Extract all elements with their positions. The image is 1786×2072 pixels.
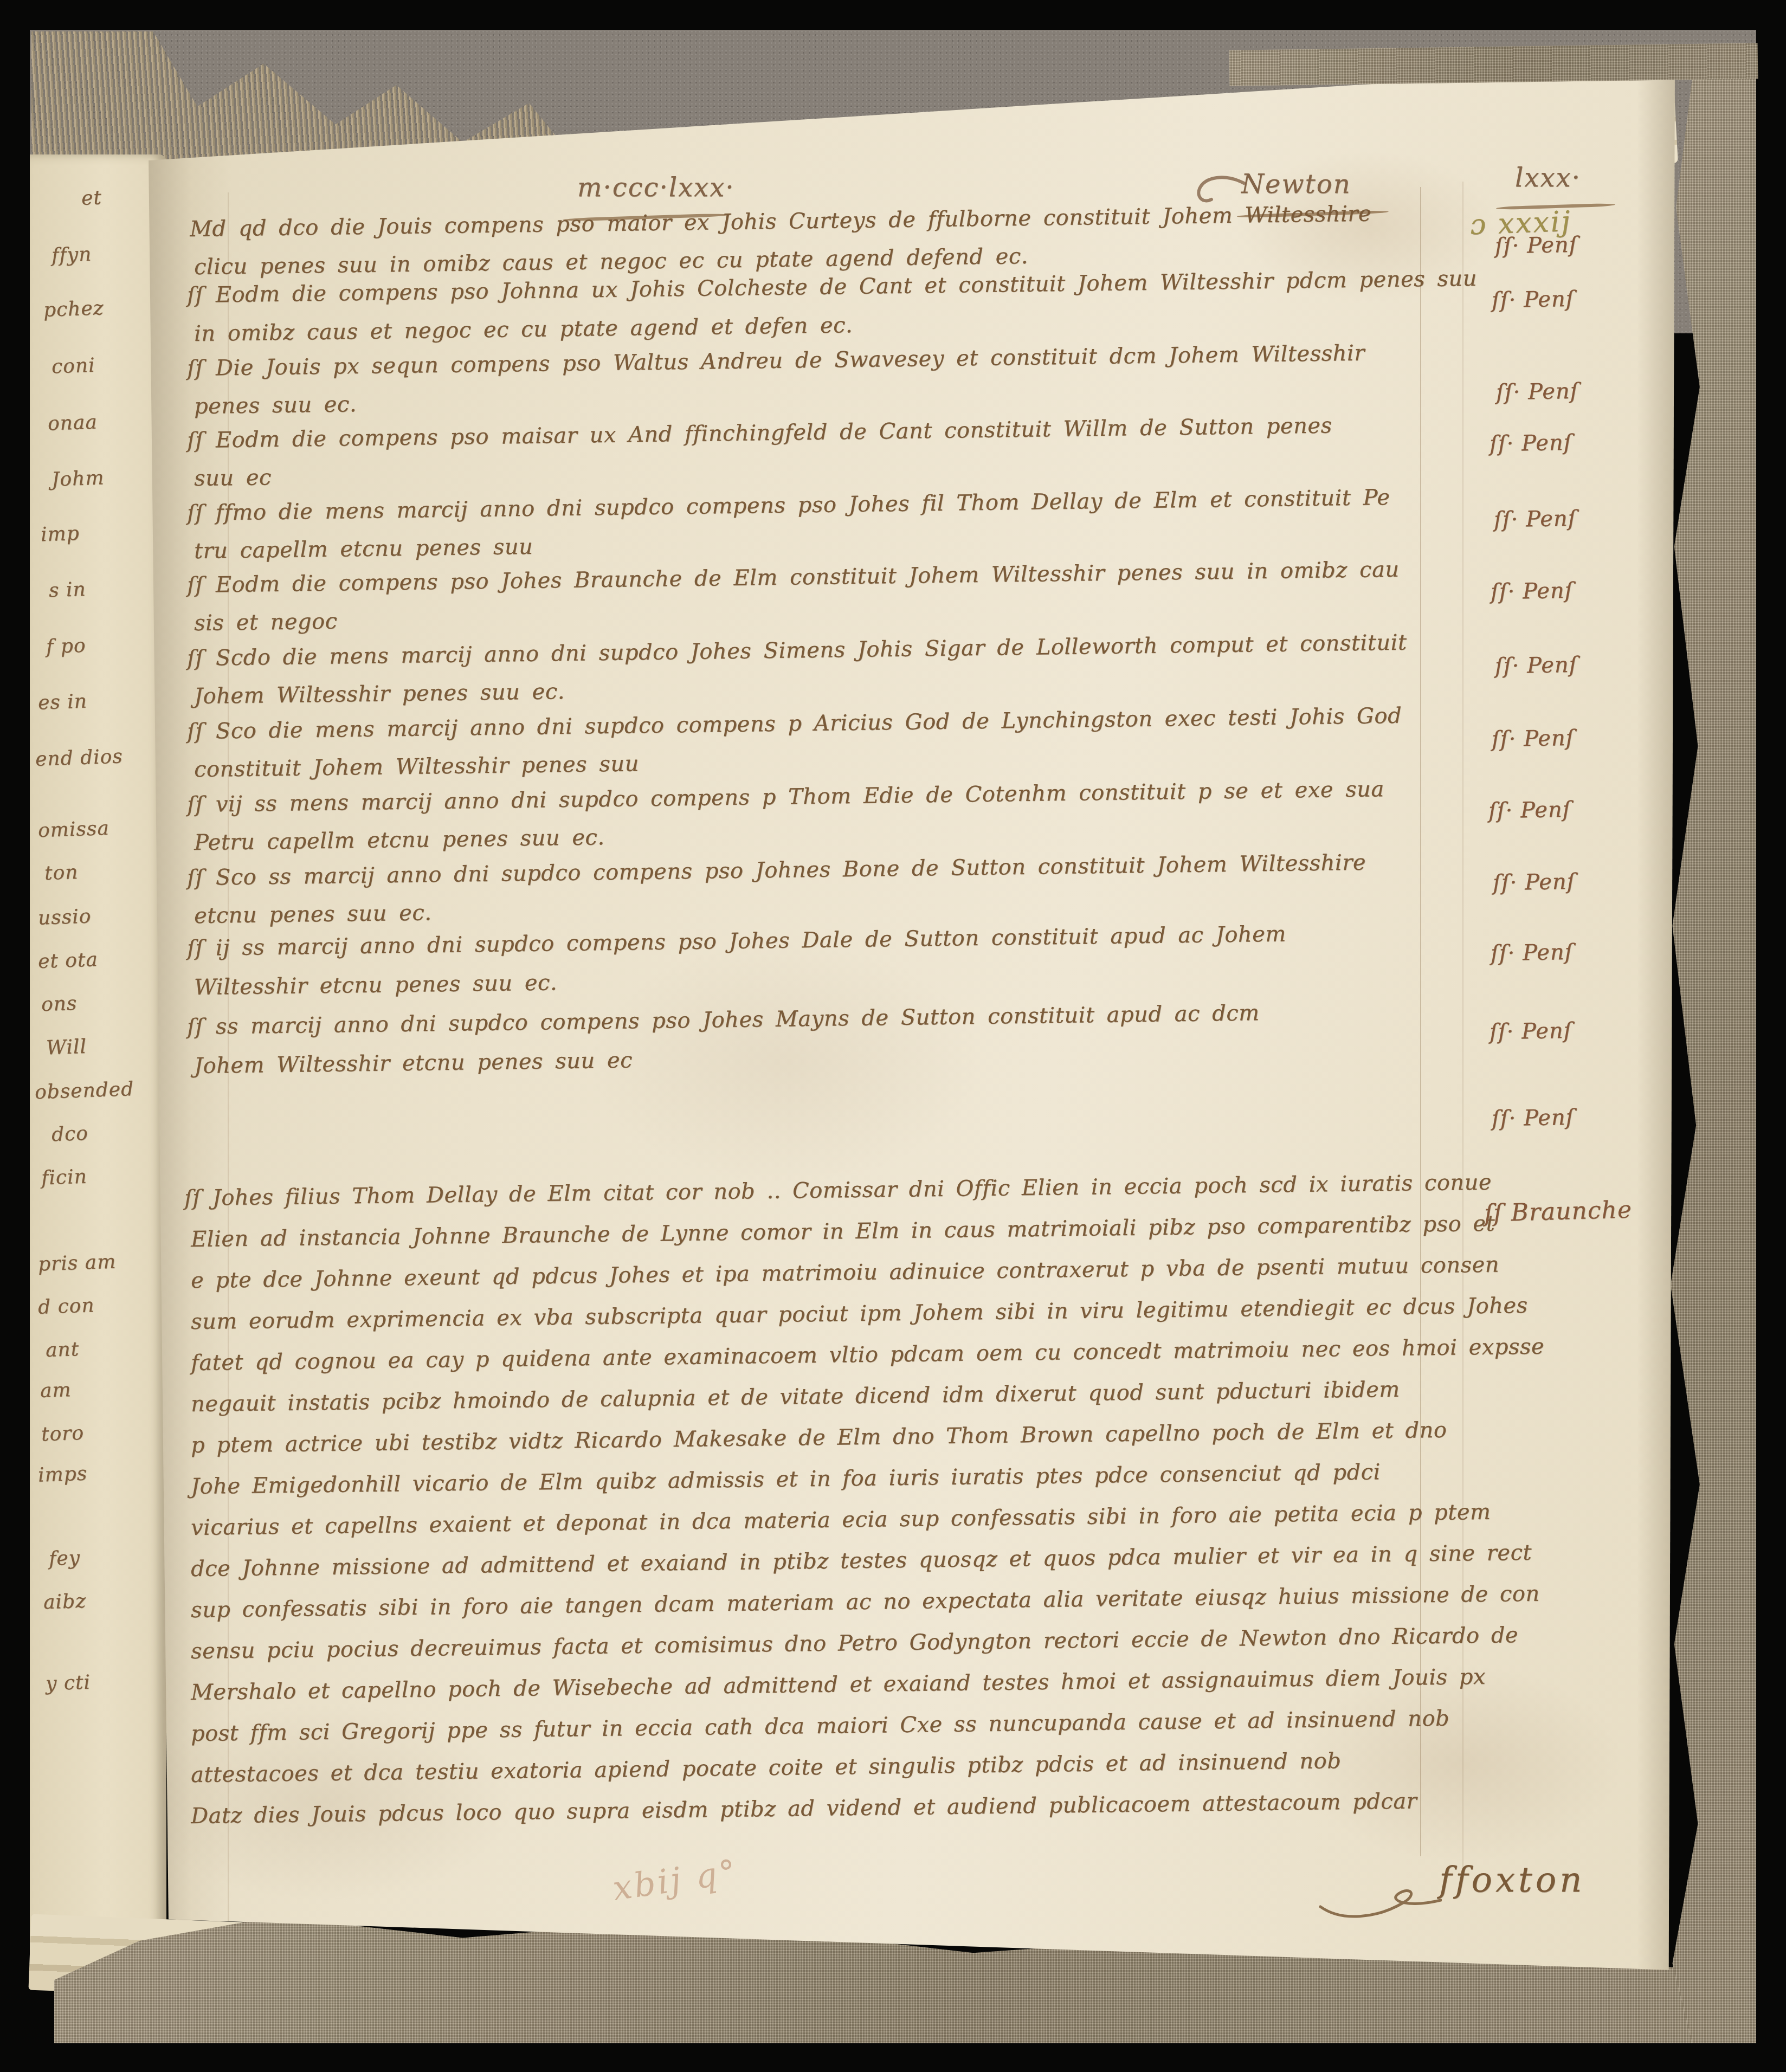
entry-line: ſſ ij ss marcij anno dni supdco compens …: [187, 921, 1286, 961]
prev-page-fragment: et: [81, 186, 102, 209]
prev-page-fragment: y cti: [45, 1671, 91, 1695]
prev-page-fragment: imp: [40, 522, 80, 546]
prev-page-fragment: aibz: [43, 1590, 86, 1614]
paragraph-line: sensu pciu pocius decreuimus facta et co…: [191, 1623, 1519, 1664]
margin-note-braunche: ſſ Braunche: [1484, 1196, 1632, 1227]
margin-mark-pens: ſſ· Penſ: [1494, 506, 1577, 533]
prev-page-fragment: imps: [37, 1462, 88, 1486]
prev-page-fragment: Johm: [51, 467, 105, 490]
paragraph-line: negauit instatis pcibz hmoindo de calupn…: [191, 1377, 1400, 1417]
prev-page-fragment: es in: [37, 690, 87, 714]
prev-page-fragment: Will: [46, 1036, 87, 1060]
prev-page-fragment: omissa: [37, 817, 109, 842]
prev-page-fragment: ton: [44, 861, 79, 885]
paragraph-line: sup confessatis sibi in foro aie tangen …: [191, 1582, 1540, 1623]
entry-line: suu ec: [194, 465, 272, 491]
prev-page-fragment: d con: [37, 1294, 95, 1319]
margin-mark-pens: ſſ· Penſ: [1490, 1018, 1572, 1045]
entry-line: Md qd dco die Jouis compens pso maior ex…: [190, 201, 1372, 242]
text-layer: m·ccc·lxxx· Newton lxxx· ɔ xxxij Md qd d…: [0, 0, 1786, 2072]
paragraph-line: dce Johnne missione ad admittend et exai…: [191, 1540, 1532, 1582]
paragraph-line: attestacoes et dca testiu exatoria apien…: [191, 1748, 1342, 1787]
entry-line: ſſ Eodm die compens pso maisar ux And ff…: [187, 413, 1332, 453]
paragraph-line: Johe Emigedonhill vicario de Elm quibz a…: [191, 1460, 1381, 1499]
entry-line: constituit Johem Wiltesshir penes suu: [194, 751, 639, 782]
paragraph-line: vicarius et capellns exaient et deponat …: [191, 1500, 1491, 1540]
prev-page-fragment: onaa: [47, 411, 98, 435]
margin-mark-pens: ſſ· Penſ: [1493, 869, 1576, 896]
prev-page-fragment: f po: [46, 635, 86, 659]
entry-line: ſſ Eodm die compens pso Johes Braunche d…: [187, 557, 1400, 598]
prev-page-fragment: ons: [41, 992, 78, 1016]
paragraph-line: Elien ad instancia Johnne Braunche de Ly…: [191, 1211, 1495, 1252]
signature-flourish-icon: [1317, 1880, 1442, 1926]
manuscript-photo: m·ccc·lxxx· Newton lxxx· ɔ xxxij Md qd d…: [0, 0, 1786, 2072]
entry-line: ſſ Die Jouis px sequn compens pso Waltus…: [187, 341, 1365, 381]
entry-line: etcnu penes suu ec.: [194, 900, 432, 928]
margin-mark-pens: ſſ· Penſ: [1491, 940, 1574, 966]
entry-line: Wiltesshir etcnu penes suu ec.: [194, 970, 558, 1000]
prev-page-fragment: ant: [45, 1338, 80, 1361]
paragraph-line: fatet qd cognou ea cay p quidena ante ex…: [191, 1334, 1545, 1376]
margin-mark-pens: ſſ· Penſ: [1495, 233, 1578, 259]
prev-page-fragment: toro: [41, 1422, 84, 1446]
margin-mark-pens: ſſ· Penſ: [1496, 379, 1579, 405]
margin-mark-pens: ſſ· Penſ: [1488, 797, 1571, 824]
prev-page-fragment: s in: [48, 578, 86, 602]
entry-line: Johem Wiltesshir etcnu penes suu ec: [194, 1048, 633, 1079]
prev-page-fragment: ussio: [37, 905, 92, 929]
entry-line: Petru capellm etcnu penes suu ec.: [194, 825, 605, 855]
margin-mark-pens: ſſ· Penſ: [1492, 1105, 1575, 1132]
paragraph-line: p ptem actrice ubi testibz vidtz Ricardo…: [191, 1418, 1447, 1458]
entry-line: ſſ Scdo die mens marcij anno dni supdco …: [187, 630, 1407, 671]
prev-page-fragment: coni: [51, 354, 95, 378]
prev-page-fragment: pchez: [43, 297, 104, 321]
entry-line: ſſ ffmo die mens marcij anno dni supdco …: [187, 485, 1390, 526]
folio-number-right: lxxx·: [1515, 163, 1581, 193]
prev-page-fragment: am: [40, 1379, 72, 1402]
entry-line: penes suu ec.: [194, 392, 357, 419]
margin-mark-pens: ſſ· Penſ: [1495, 653, 1578, 679]
prev-page-fragment: dco: [51, 1122, 88, 1146]
entry-line: sis et negoc: [194, 609, 338, 636]
margin-mark-pens: ſſ· Penſ: [1492, 287, 1575, 313]
entry-line: ſſ Sco ss marcij anno dni supdco compens…: [187, 850, 1366, 890]
entry-line: tru capellm etcnu penes suu: [194, 534, 533, 564]
prev-page-fragment: fey: [48, 1547, 80, 1570]
margin-mark-pens: ſſ· Penſ: [1492, 726, 1575, 752]
quire-mark: xbij q°: [610, 1851, 740, 1908]
paragraph-line: e pte dce Johnne exeunt qd pdcus Johes e…: [191, 1253, 1500, 1293]
prev-page-fragment: ffyn: [51, 243, 92, 267]
scribe-signature: ffoxton: [1439, 1860, 1585, 1900]
prev-page-fragment: obsended: [34, 1078, 134, 1103]
folio-number-roman: m·ccc·lxxx·: [577, 172, 735, 203]
prev-page-fragment: end dios: [35, 745, 123, 771]
entry-line: ſſ vij ss mens marcij anno dni supdco co…: [187, 777, 1384, 817]
prev-page-fragment: et ota: [37, 948, 98, 973]
paragraph-line: Datz dies Jouis pdcus loco quo supra eis…: [191, 1789, 1417, 1829]
margin-mark-pens: ſſ· Penſ: [1491, 578, 1574, 605]
entry-line: ſſ Sco die mens marcij anno dni supdco c…: [187, 703, 1402, 744]
paragraph-line: ſſ Johes filius Thom Dellay de Elm citat…: [184, 1170, 1492, 1211]
page-title: Newton: [1241, 169, 1351, 199]
paragraph-line: post ffm sci Gregorij ppe ss futur in ec…: [191, 1706, 1450, 1746]
entry-line: in omibz caus et negoc ec cu ptate agend…: [194, 313, 853, 346]
prev-page-fragment: ficin: [41, 1166, 87, 1190]
paragraph-line: Mershalo et capellno poch de Wisebeche a…: [191, 1664, 1486, 1705]
prev-page-fragment: pris am: [37, 1250, 117, 1275]
paragraph-line: sum eorudm exprimencia ex vba subscripta…: [191, 1293, 1528, 1334]
entry-line: ſſ ss marcij anno dni supdco compens pso…: [187, 1001, 1260, 1040]
margin-mark-pens: ſſ· Penſ: [1490, 430, 1572, 457]
entry-line: Johem Wiltesshir penes suu ec.: [194, 679, 565, 709]
